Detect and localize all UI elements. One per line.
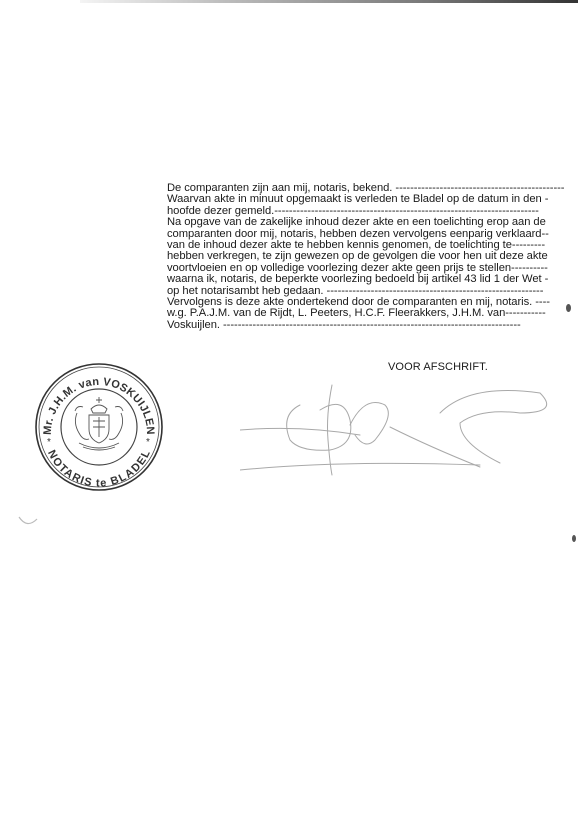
stamp-star-left: * (47, 437, 51, 448)
stamp-bottom-text: NOTARIS te BLADEL (45, 448, 153, 489)
deed-line: hebben verkregen, te zijn gewezen op de … (167, 251, 577, 262)
deed-line: hoofde dezer gemeld.--------------------… (167, 206, 577, 217)
punch-hole-mark (17, 515, 39, 527)
svg-text:NOTARIS te BLADEL: NOTARIS te BLADEL (45, 448, 153, 489)
handwritten-signature (240, 375, 578, 480)
deed-line: waarna ik, notaris, de beperkte voorlezi… (167, 274, 577, 285)
copy-certification-label: VOOR AFSCHRIFT. (388, 361, 488, 373)
coat-of-arms-icon (75, 397, 123, 450)
scan-top-edge (80, 0, 578, 3)
deed-line: van de inhoud dezer akte te hebben kenni… (167, 240, 577, 251)
deed-line: Voskuijlen. ----------------------------… (167, 320, 577, 331)
notary-seal-stamp: Mr. J.H.M. van VOSKUIJLEN NOTARIS te BLA… (33, 361, 165, 493)
deed-line: Waarvan akte in minuut opgemaakt is verl… (167, 194, 577, 205)
stamp-star-right: * (146, 437, 150, 448)
ink-blot (572, 535, 576, 542)
ink-blot (566, 304, 571, 312)
deed-line: De comparanten zijn aan mij, notaris, be… (167, 183, 577, 194)
deed-line: w.g. P.A.J.M. van de Rijdt, L. Peeters, … (167, 308, 577, 319)
deed-line: Vervolgens is deze akte ondertekend door… (167, 297, 577, 308)
deed-line: comparanten door mij, notaris, hebben de… (167, 229, 577, 240)
deed-line: voortvloeien en op volledige voorlezing … (167, 263, 577, 274)
deed-line: op het notarisambt heb gedaan. ---------… (167, 286, 577, 297)
deed-closing-text: De comparanten zijn aan mij, notaris, be… (167, 183, 577, 331)
deed-line: Na opgave van de zakelijke inhoud dezer … (167, 217, 577, 228)
